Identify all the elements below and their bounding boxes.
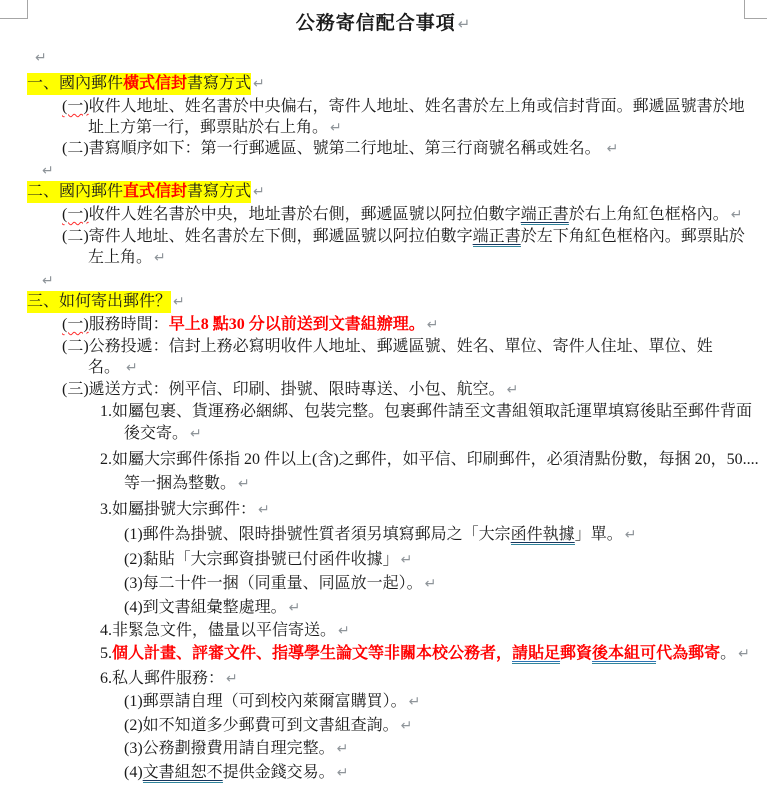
text-run: 書寫方式 — [187, 73, 251, 95]
text-run: 文書組恕不 — [143, 764, 223, 783]
text-run: 服務時間： — [89, 316, 169, 333]
pilcrow-mark-icon: ↵ — [605, 141, 619, 157]
text-line[interactable]: (一)收件人姓名書於中央，地址書於右側，郵遞區號以阿拉伯數字端正書於右上角紅色框… — [62, 204, 742, 226]
pilcrow-mark-icon: ↵ — [40, 273, 54, 289]
text-run: 後交寄。 — [124, 425, 188, 442]
document-title-text: 公務寄信配合事項 — [296, 13, 456, 34]
text-line[interactable]: (三)遞送方式：例平信、印刷、掛號、限時專送、小包、航空。↵ — [62, 379, 518, 401]
text-line[interactable]: (3)每二十件一捆（同重量、同區放一起）。↵ — [124, 573, 436, 595]
text-run: (1)郵件為掛號、限時掛號性質者須另填寫郵局之「大宗 — [124, 526, 511, 543]
pilcrow-mark-icon: ↵ — [251, 184, 265, 200]
text-run: (4)到文書組彙整處理。 — [124, 599, 287, 616]
pilcrow-mark-icon: ↵ — [736, 646, 750, 662]
text-line[interactable]: (二)公務投遞：信封上務必寫明收件人地址、郵遞區號、姓名、單位、寄件人住址、單位… — [62, 336, 713, 358]
text-run: (一) — [62, 98, 89, 115]
text-run: (一) — [62, 206, 89, 223]
pilcrow-mark-icon: ↵ — [407, 694, 421, 710]
text-line[interactable]: ↵ — [40, 160, 54, 182]
text-line[interactable]: (二)寄件人地址、姓名書於左下側，郵遞區號以阿拉伯數字端正書於左下角紅色框格內。… — [62, 226, 745, 248]
text-run: (2)如不知道多少郵費可到文書組查詢。 — [124, 717, 399, 734]
pilcrow-mark-icon: ↵ — [236, 476, 250, 492]
text-run: 個人計畫、評審文件、指導學生論文等非關本校公務者， — [112, 645, 512, 662]
text-line[interactable]: 二、國內郵件直式信封書寫方式↵ — [27, 181, 265, 203]
text-run: 三、如何寄出郵件？ — [27, 291, 171, 313]
pilcrow-mark-icon: ↵ — [287, 600, 301, 616]
text-line[interactable]: 1.如屬包裹、貨運務必綑綁、包裝完整。包裹郵件請至文書組領取託運單填寫後貼至郵件… — [100, 401, 752, 423]
text-run: 提供金錢交易。 — [223, 764, 335, 781]
pilcrow-mark-icon: ↵ — [456, 15, 472, 33]
text-run: 後本組可 — [592, 645, 656, 664]
pilcrow-mark-icon: ↵ — [335, 765, 349, 781]
pilcrow-mark-icon: ↵ — [399, 718, 413, 734]
text-line[interactable]: 一、國內郵件橫式信封書寫方式↵ — [27, 73, 265, 95]
pilcrow-mark-icon: ↵ — [505, 382, 519, 398]
text-run: (1)郵票請自理（可到校內萊爾富購買）。 — [124, 693, 407, 710]
text-run: (一) — [62, 316, 89, 333]
text-line[interactable]: 6.私人郵件服務：↵ — [100, 668, 238, 690]
text-run: 址上方第一行，郵票貼於右上角。 — [88, 119, 328, 136]
text-run: 橫式信封 — [123, 73, 187, 95]
pilcrow-mark-icon: ↵ — [623, 527, 637, 543]
text-run: 6.私人郵件服務： — [100, 670, 224, 687]
text-line[interactable]: (二)書寫順序如下：第一行郵遞區、號第二行地址、第三行商號名稱或姓名。 ↵ — [62, 138, 618, 160]
text-line[interactable]: (一)收件人地址、姓名書於中央偏右，寄件人地址、姓名書於左上角或信封背面。郵遞區… — [62, 96, 745, 118]
pilcrow-mark-icon: ↵ — [425, 317, 439, 333]
pilcrow-mark-icon: ↵ — [423, 576, 437, 592]
text-run: 5. — [100, 645, 112, 662]
text-line[interactable]: 三、如何寄出郵件？↵ — [27, 291, 185, 313]
text-run: 端正書 — [473, 228, 521, 247]
pilcrow-mark-icon: ↵ — [399, 552, 413, 568]
pilcrow-mark-icon: ↵ — [224, 671, 238, 687]
text-line[interactable]: (4)到文書組彙整處理。↵ — [124, 597, 300, 619]
pilcrow-mark-icon: ↵ — [171, 294, 185, 310]
text-run: 等一捆為整數。 — [124, 475, 236, 492]
text-run: (二)書寫順序如下：第一行郵遞區、號第二行地址、第三行商號名稱或姓名。 — [62, 140, 605, 157]
text-run: (2)黏貼「大宗郵資掛號已付函件收據」 — [124, 551, 399, 568]
text-run: 一、國內郵件 — [27, 73, 123, 95]
text-run: 名。 — [88, 359, 124, 376]
text-line[interactable]: ↵ — [33, 47, 47, 69]
text-run: 郵資 — [560, 645, 592, 662]
text-run: 於左下角紅色框格內。郵票貼於 — [521, 228, 745, 245]
text-line[interactable]: (3)公務劃撥費用請自理完整。↵ — [124, 738, 348, 760]
text-line[interactable]: (1)郵件為掛號、限時掛號性質者須另填寫郵局之「大宗函件執據」單。↵ — [124, 524, 636, 546]
text-line[interactable]: 4.非緊急文件，儘量以平信寄送。↵ — [100, 620, 350, 642]
text-run: 4.非緊急文件，儘量以平信寄送。 — [100, 622, 336, 639]
pilcrow-mark-icon: ↵ — [336, 623, 350, 639]
pilcrow-mark-icon: ↵ — [328, 120, 342, 136]
text-line[interactable]: 左上角。↵ — [88, 247, 166, 269]
pilcrow-mark-icon: ↵ — [40, 163, 54, 179]
text-line[interactable]: (1)郵票請自理（可到校內萊爾富購買）。↵ — [124, 691, 420, 713]
text-run: (二)寄件人地址、姓名書於左下側，郵遞區號以阿拉伯數字 — [62, 228, 473, 245]
text-run: (三)遞送方式：例平信、印刷、掛號、限時專送、小包、航空。 — [62, 381, 505, 398]
text-run: 代為郵寄 — [656, 645, 720, 662]
text-run: 收件人姓名書於中央，地址書於右側，郵遞區號以阿拉伯數字 — [89, 206, 521, 223]
text-run: (3)公務劃撥費用請自理完整。 — [124, 740, 335, 757]
text-run: 左上角。 — [88, 249, 152, 266]
text-line[interactable]: 2.如屬大宗郵件係指 20 件以上(含)之郵件，如平信、印刷郵件，必須清點份數，… — [100, 449, 759, 471]
pilcrow-mark-icon: ↵ — [124, 360, 138, 376]
text-line[interactable]: 名。 ↵ — [88, 357, 138, 379]
pilcrow-mark-icon: ↵ — [335, 741, 349, 757]
text-run: 端正書 — [521, 206, 569, 225]
text-run: (3)每二十件一捆（同重量、同區放一起）。 — [124, 575, 423, 592]
text-run: 。 — [720, 645, 736, 662]
text-run: 於右上角紅色框格內。 — [569, 206, 729, 223]
text-run: 直式信封 — [123, 181, 187, 203]
text-run: 書寫方式 — [187, 181, 251, 203]
pilcrow-mark-icon: ↵ — [729, 207, 743, 223]
text-run: 1.如屬包裹、貨運務必綑綁、包裝完整。包裹郵件請至文書組領取託運單填寫後貼至郵件… — [100, 403, 752, 420]
text-line[interactable]: (4)文書組恕不提供金錢交易。↵ — [124, 762, 348, 784]
text-run: 」單。 — [575, 526, 623, 543]
text-run: 3.如屬掛號大宗郵件： — [100, 501, 256, 518]
text-run: 請貼足 — [512, 645, 560, 664]
text-run: 早上8 點30 分以前送到文書組辦理。 — [169, 316, 425, 333]
pilcrow-mark-icon: ↵ — [251, 76, 265, 92]
text-line[interactable]: (2)如不知道多少郵費可到文書組查詢。↵ — [124, 715, 412, 737]
text-line[interactable]: 5.個人計畫、評審文件、指導學生論文等非關本校公務者，請貼足郵資後本組可代為郵寄… — [100, 643, 750, 665]
pilcrow-mark-icon: ↵ — [188, 426, 202, 442]
document-title: 公務寄信配合事項↵ — [0, 10, 767, 38]
text-run: 二、國內郵件 — [27, 181, 123, 203]
text-line[interactable]: (一)服務時間：早上8 點30 分以前送到文書組辦理。↵ — [62, 314, 438, 336]
pilcrow-mark-icon: ↵ — [152, 250, 166, 266]
text-run: (4) — [124, 764, 143, 781]
pilcrow-mark-icon: ↵ — [33, 50, 47, 66]
text-line[interactable]: ↵ — [40, 270, 54, 292]
pilcrow-mark-icon: ↵ — [256, 502, 270, 518]
text-run: 函件執據 — [511, 526, 575, 545]
text-line[interactable]: 3.如屬掛號大宗郵件：↵ — [100, 499, 270, 521]
text-run: (二)公務投遞：信封上務必寫明收件人地址、郵遞區號、姓名、單位、寄件人住址、單位… — [62, 338, 713, 355]
text-run: 收件人地址、姓名書於中央偏右，寄件人地址、姓名書於左上角或信封背面。郵遞區號書於… — [89, 98, 745, 115]
document-page[interactable]: 公務寄信配合事項↵ ↵一、國內郵件橫式信封書寫方式↵(一)收件人地址、姓名書於中… — [0, 0, 767, 801]
text-line[interactable]: 後交寄。↵ — [124, 423, 202, 445]
text-line[interactable]: 址上方第一行，郵票貼於右上角。↵ — [88, 117, 342, 139]
text-line[interactable]: (2)黏貼「大宗郵資掛號已付函件收據」↵ — [124, 549, 412, 571]
text-run: 2.如屬大宗郵件係指 20 件以上(含)之郵件，如平信、印刷郵件，必須清點份數，… — [100, 451, 759, 468]
text-line[interactable]: 等一捆為整數。↵ — [124, 473, 250, 495]
